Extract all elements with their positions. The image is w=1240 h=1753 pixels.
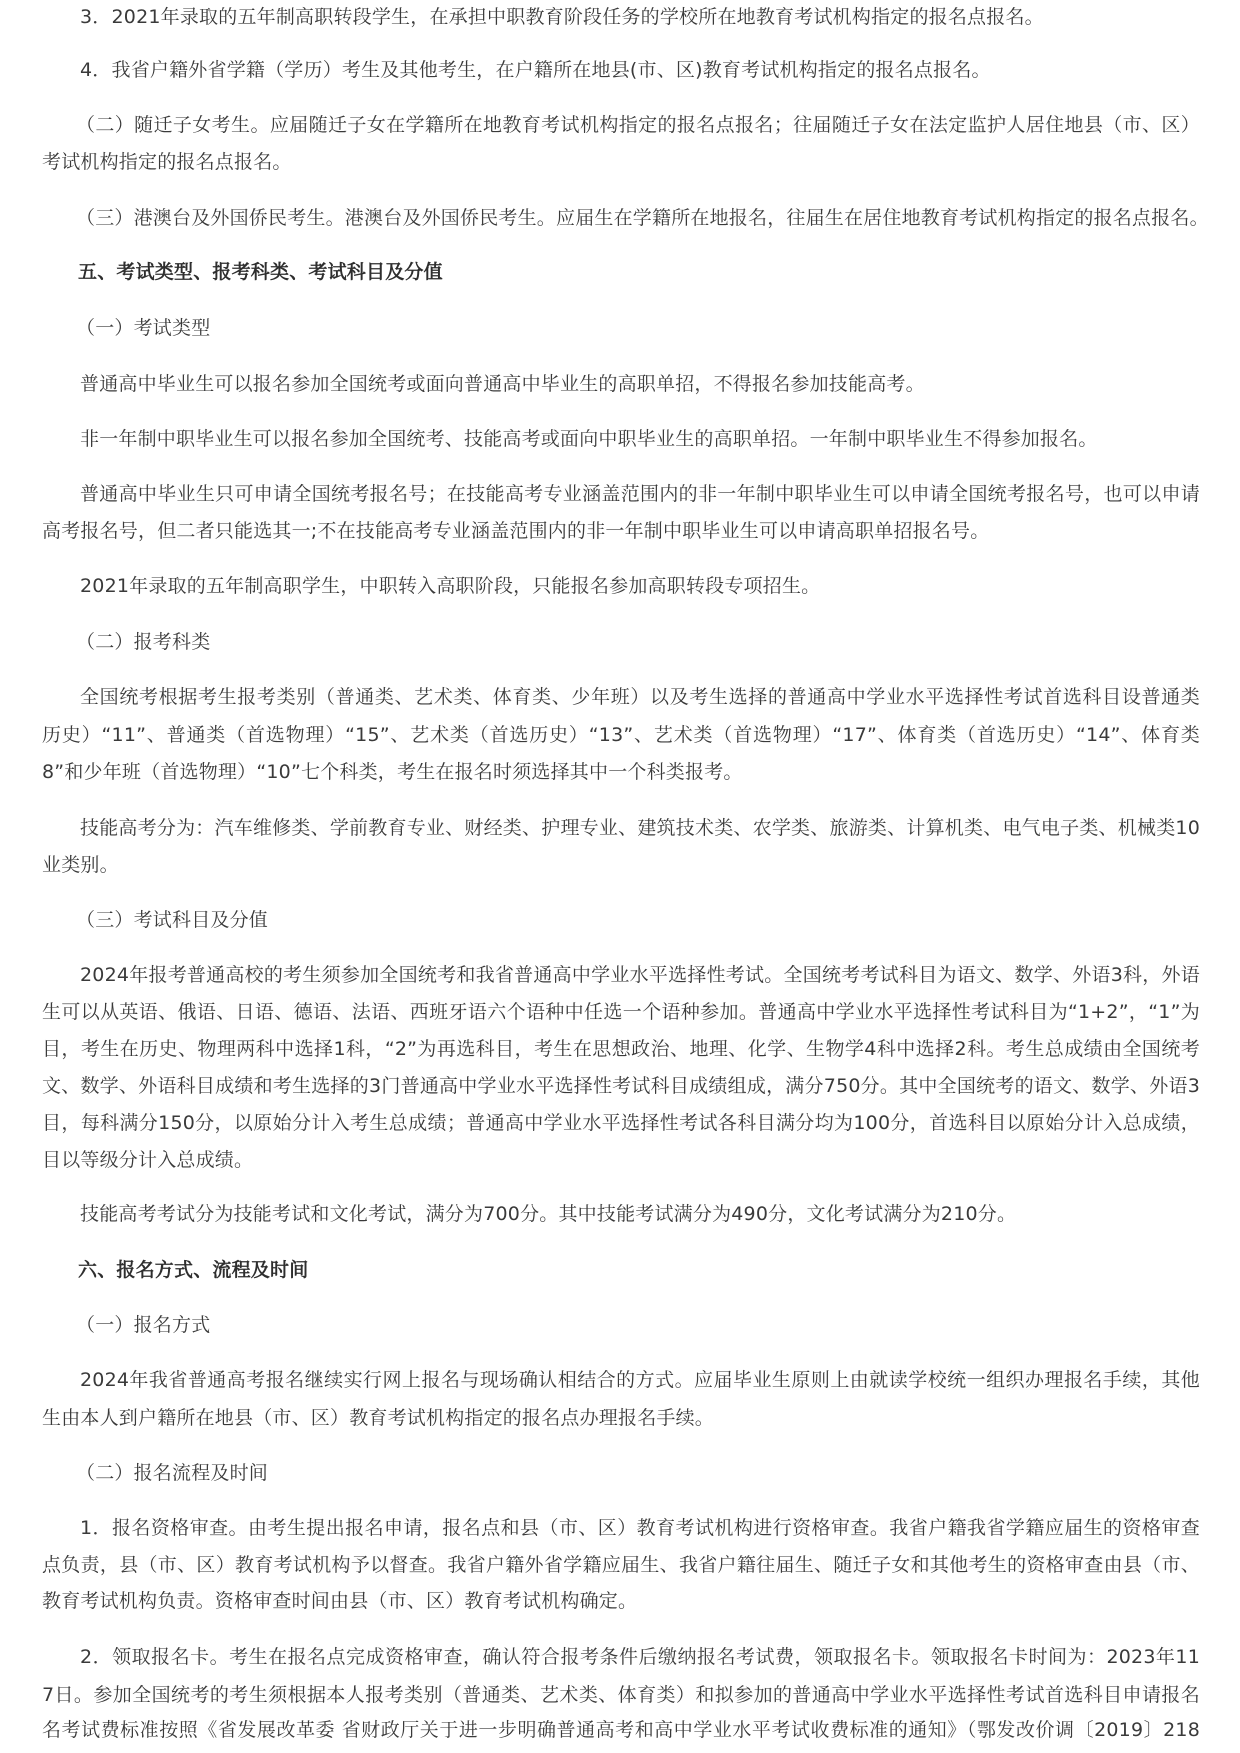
paragraph-line: 历史）“11”、普通类（首选物理）“15”、艺术类（首选历史）“13”、艺术类（… — [42, 720, 1200, 750]
paragraph-line: 业类别。 — [42, 850, 119, 880]
paragraph-line: 教育考试机构负责。资格审查时间由县（市、区）教育考试机构确定。 — [42, 1586, 637, 1616]
paragraph-line: 技能高考分为：汽车维修类、学前教育专业、财经类、护理专业、建筑技术类、农学类、旅… — [80, 813, 1200, 843]
paragraph-line: 点负责，县（市、区）教育考试机构予以督查。我省户籍外省学籍应届生、我省户籍往届生… — [42, 1550, 1200, 1580]
section-heading-line: 六、报名方式、流程及时间 — [78, 1255, 308, 1285]
subsection-paragraph-line: （二）随迁子女考生。应届随迁子女在学籍所在地教育考试机构指定的报名点报名；往届随… — [76, 110, 1200, 140]
paragraph-line: 技能高考考试分为技能考试和文化考试，满分为700分。其中技能考试满分为490分，… — [80, 1199, 1016, 1229]
document-page: 3．2021年录取的五年制高职转段学生，在承担中职教育阶段任务的学校所在地教育考… — [0, 0, 1240, 1753]
numbered-item-line: 4．我省户籍外省学籍（学历）考生及其他考生，在户籍所在地县(市、区)教育考试机构… — [80, 55, 991, 85]
paragraph-line: 2021年录取的五年制高职学生，中职转入高职阶段，只能报名参加高职转段专项招生。 — [80, 571, 820, 601]
subsection-paragraph-line: （三）港澳台及外国侨民考生。港澳台及外国侨民考生。应届生在学籍所在地报名，往届生… — [76, 203, 1209, 233]
paragraph-line: 生可以从英语、俄语、日语、德语、法语、西班牙语六个语种中任选一个语种参加。普通高… — [42, 997, 1200, 1027]
numbered-item-line: 3．2021年录取的五年制高职转段学生，在承担中职教育阶段任务的学校所在地教育考… — [80, 2, 1044, 32]
paragraph-line: 高考报名号，但二者只能选其一;不在技能高考专业涵盖范围内的非一年制中职毕业生可以… — [42, 516, 989, 546]
paragraph-line: 2024年报考普通高校的考生须参加全国统考和我省普通高中学业水平选择性考试。全国… — [80, 960, 1200, 990]
paragraph-line: 2024年我省普通高考报名继续实行网上报名与现场确认相结合的方式。应届毕业生原则… — [80, 1365, 1200, 1395]
subsection-heading-line: （一）考试类型 — [76, 313, 210, 343]
paragraph-line: 非一年制中职毕业生可以报名参加全国统考、技能高考或面向中职毕业生的高职单招。一年… — [80, 424, 1098, 454]
paragraph-line: 全国统考根据考生报考类别（普通类、艺术类、体育类、少年班）以及考生选择的普通高中… — [80, 682, 1200, 712]
paragraph-line: 生由本人到户籍所在地县（市、区）教育考试机构指定的报名点办理报名手续。 — [42, 1403, 714, 1433]
section-heading-line: 五、考试类型、报考科类、考试科目及分值 — [78, 257, 443, 287]
paragraph-line: 目，每科满分150分，以原始分计入考生总成绩；普通高中学业水平选择性考试各科目满… — [42, 1108, 1200, 1138]
paragraph-line: 普通高中毕业生可以报名参加全国统考或面向普通高中毕业生的高职单招，不得报名参加技… — [80, 369, 925, 399]
subsection-heading-line: （一）报名方式 — [76, 1310, 210, 1340]
paragraph-line: 1．报名资格审查。由考生提出报名申请，报名点和县（市、区）教育考试机构进行资格审… — [80, 1513, 1200, 1543]
paragraph-line: 8”和少年班（首选物理）“10”七个科类，考生在报名时须选择其中一个科类报考。 — [42, 757, 743, 787]
subsection-heading-line: （二）报考科类 — [76, 627, 210, 657]
subsection-heading-line: （三）考试科目及分值 — [76, 905, 268, 935]
paragraph-line: 2．领取报名卡。考生在报名点完成资格审查，确认符合报考条件后缴纳报名考试费，领取… — [80, 1642, 1200, 1672]
subsection-paragraph-line: 考试机构指定的报名点报名。 — [42, 147, 292, 177]
paragraph-line: 7日。参加全国统考的考生须根据本人报考类别（普通类、艺术类、体育类）和拟参加的普… — [42, 1680, 1200, 1710]
paragraph-line: 普通高中毕业生只可申请全国统考报名号；在技能高考专业涵盖范围内的非一年制中职毕业… — [80, 479, 1200, 509]
paragraph-line: 目，考生在历史、物理两科中选择1科，“2”为再选科目，考生在思想政治、地理、化学… — [42, 1034, 1200, 1064]
paragraph-line: 文、数学、外语科目成绩和考生选择的3门普通高中学业水平选择性考试科目成绩组成，满… — [42, 1071, 1200, 1101]
paragraph-line: 名考试费标准按照《省发展改革委 省财政厅关于进一步明确普通高考和高中学业水平考试… — [42, 1715, 1200, 1745]
paragraph-line: 目以等级分计入总成绩。 — [42, 1145, 253, 1175]
subsection-heading-line: （二）报名流程及时间 — [76, 1458, 268, 1488]
